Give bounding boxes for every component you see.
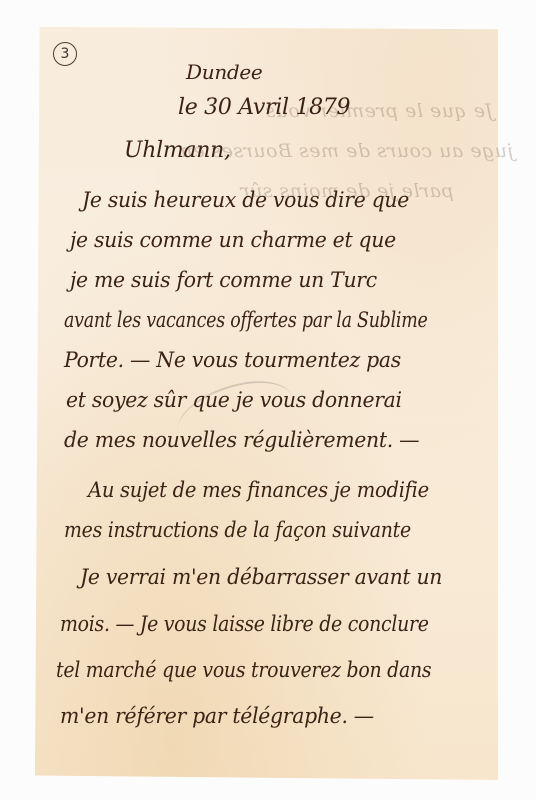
letter-line: avant les vacances offertes par la Subli… <box>64 308 428 332</box>
letter-line: mois. — Je vous laisse libre de conclure <box>60 612 429 636</box>
letter-line: de mes nouvelles régulièrement. — <box>64 428 419 452</box>
letter-line: mes instructions de la façon suivante <box>64 518 411 542</box>
letter-salutation: Uhlmann, <box>124 138 231 163</box>
letter-line: Au sujet de mes finances je modifie <box>88 478 429 502</box>
letter-place: Dundee <box>186 60 262 84</box>
letter-line: m'en référer par télégraphe. — <box>60 704 374 728</box>
letter-date: le 30 Avril 1879 <box>178 95 350 120</box>
page-number-circle: 3 <box>53 42 77 66</box>
letter-line: Je verrai m'en débarrasser avant un <box>80 565 442 589</box>
letter-line: et soyez sûr que je vous donnerai <box>66 388 402 412</box>
letter-line: je suis comme un charme et que <box>70 228 396 252</box>
letter-line: Je suis heureux de vous dire que <box>82 188 409 212</box>
letter-line: tel marché que vous trouverez bon dans <box>56 658 431 682</box>
letter-line: je me suis fort comme un Turc <box>70 268 377 292</box>
letter-line: Porte. — Ne vous tourmentez pas <box>64 348 401 372</box>
